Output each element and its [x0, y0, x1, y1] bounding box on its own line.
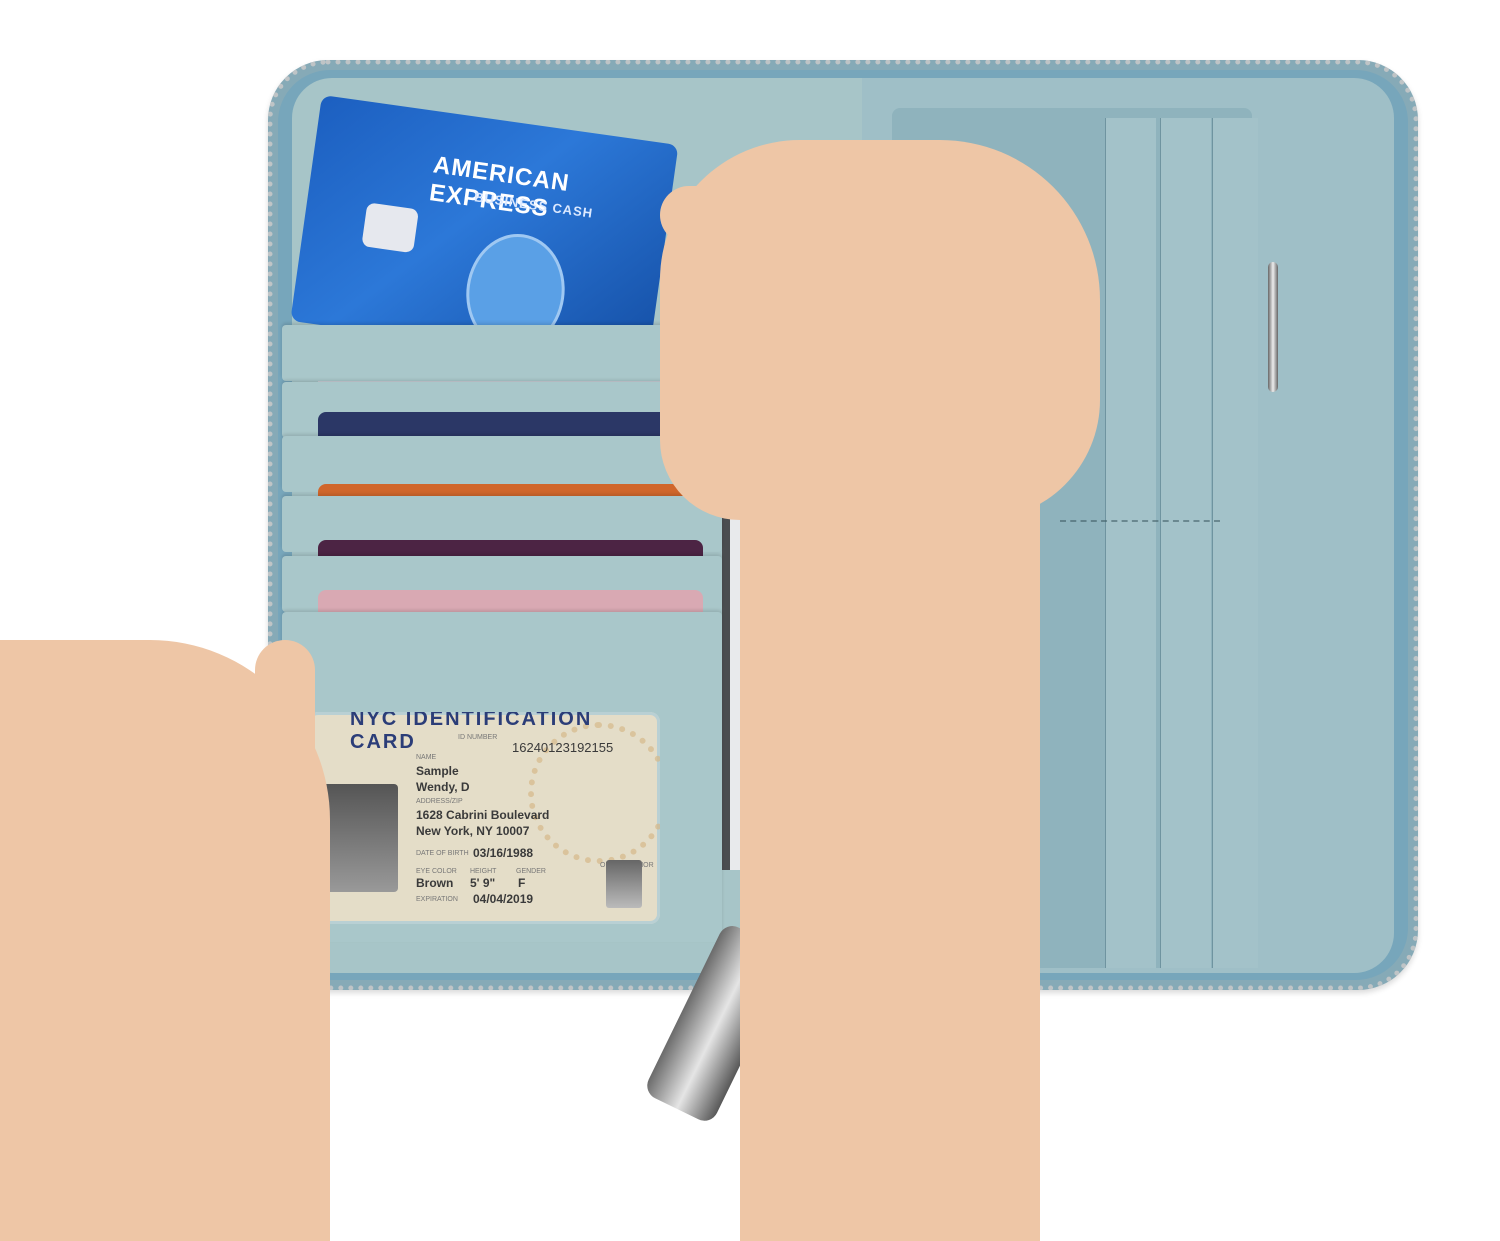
id-eye-color: Brown: [416, 876, 453, 890]
id-photo: [318, 784, 398, 892]
id-expiration: 04/04/2019: [473, 892, 533, 906]
chip-icon: [361, 202, 419, 253]
right-finger: [660, 186, 780, 244]
amex-brand: AMERICAN EXPRESS: [427, 151, 672, 240]
card-slot-vertical: [1160, 118, 1211, 968]
left-finger: [255, 640, 315, 800]
id-gender: F: [518, 876, 525, 890]
id-address-line2: New York, NY 10007: [416, 824, 529, 838]
card-pocket: [282, 325, 722, 381]
id-card-window: NYC IDENTIFICATION CARD ID NUMBER 162401…: [308, 712, 660, 924]
card-slot-vertical: [1212, 118, 1258, 968]
id-dob: 03/16/1988: [473, 846, 533, 860]
id-first-name: Wendy, D: [416, 780, 470, 794]
card-slot-vertical: [1105, 118, 1156, 968]
id-last-name: Sample: [416, 764, 459, 778]
id-address-line1: 1628 Cabrini Boulevard: [416, 808, 549, 822]
id-title: NYC IDENTIFICATION CARD: [350, 712, 660, 754]
id-photo-small: [606, 860, 642, 908]
left-thumb: [262, 812, 314, 922]
id-height: 5' 9": [470, 876, 495, 890]
stitch-line: [1060, 520, 1220, 522]
pen-clip: [1268, 262, 1278, 392]
id-number: 16240123192155: [512, 740, 613, 755]
navy-card[interactable]: [318, 412, 703, 438]
